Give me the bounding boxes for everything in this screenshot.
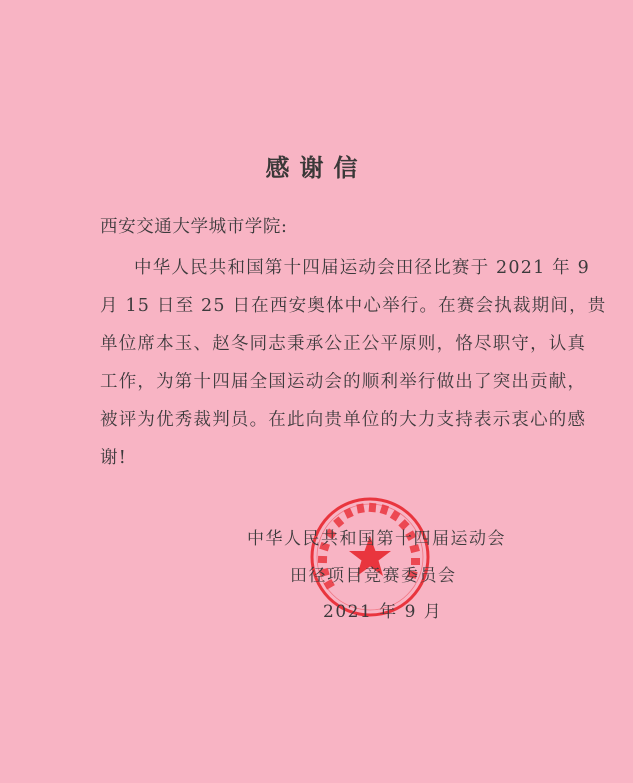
salutation: 西安交通大学城市学院: bbox=[100, 213, 288, 238]
body-line-2: 月 15 日至 25 日在西安奥体中心举行。在赛会执裁期间，贵 bbox=[100, 292, 607, 317]
signature-date: 2021 年 9 月 bbox=[323, 597, 442, 622]
letter-page: 感谢信 西安交通大学城市学院: 中华人民共和国第十四届运动会田径比赛于 2021… bbox=[0, 0, 633, 783]
body-line-6: 谢! bbox=[100, 444, 127, 469]
letter-title: 感谢信 bbox=[0, 148, 633, 183]
body-line-1: 中华人民共和国第十四届运动会田径比赛于 2021 年 9 bbox=[134, 254, 590, 279]
signature-committee: 田径项目竞赛委员会 bbox=[290, 561, 457, 586]
body-line-3: 单位席本玉、赵冬同志秉承公正公平原则，恪尽职守，认真 bbox=[100, 330, 586, 355]
body-line-5: 被评为优秀裁判员。在此向贵单位的大力支持表示衷心的感 bbox=[100, 406, 586, 431]
body-line-4: 工作，为第十四届全国运动会的顺利举行做出了突出贡献， bbox=[100, 368, 586, 393]
signature-organization: 中华人民共和国第十四届运动会 bbox=[247, 524, 506, 549]
